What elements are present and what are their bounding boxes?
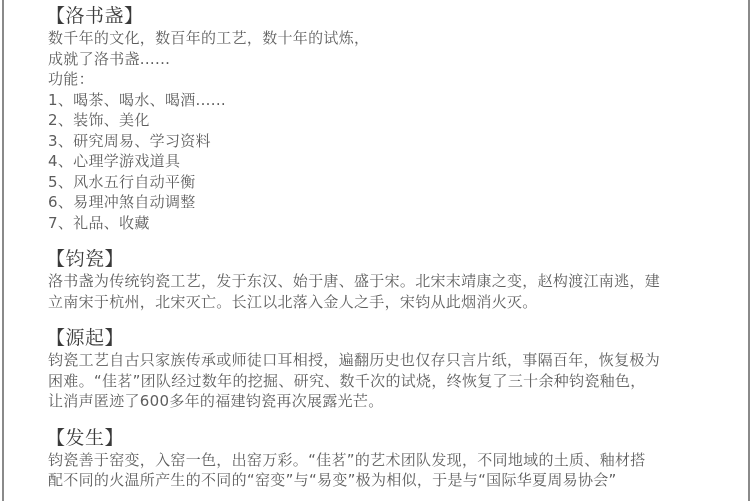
text-line: 让消声匿迹了600多年的福建钧瓷再次展露光芒。: [48, 391, 708, 412]
text-line: 立南宋于杭州，北宋灭亡。长江以北落入金人之手，宋钧从此烟消火灭。: [48, 292, 708, 313]
text-line: 成就了洛书盏......: [48, 49, 708, 70]
document-content: 【洛书盏】 数千年的文化，数百年的工艺，数十年的试炼， 成就了洛书盏......…: [48, 4, 708, 501]
text-line: 数千年的文化，数百年的工艺，数十年的试炼，: [48, 28, 708, 49]
section-heading: 【发生】: [46, 426, 708, 450]
section-junci: 【钧瓷】 洛书盏为传统钧瓷工艺，发于东汉、始于唐、盛于宋。北宋末靖康之变，赵构渡…: [48, 247, 708, 312]
section-heading: 【洛书盏】: [46, 4, 708, 28]
text-line: 洛书盏为传统钧瓷工艺，发于东汉、始于唐、盛于宋。北宋末靖康之变，赵构渡江南逃，建: [48, 271, 708, 292]
section-luoshuzhan: 【洛书盏】 数千年的文化，数百年的工艺，数十年的试炼， 成就了洛书盏......…: [48, 4, 708, 233]
text-line: 钧瓷善于窑变，入窑一色，出窑万彩。“佳茗”的艺术团队发现，不同地域的土质、釉材搭: [48, 450, 708, 471]
text-line: 钧瓷工艺自古只家族传承或师徒口耳相授，遍翻历史也仅存只言片纸，事隔百年，恢复极为: [48, 350, 708, 371]
feature-item: 6、易理冲煞自动调整: [48, 192, 708, 213]
text-line: 配不同的火温所产生的不同的“窑变”与“易变”极为相似，于是与“国际华夏周易协会”: [48, 470, 708, 491]
section-yuanqi: 【源起】 钧瓷工艺自古只家族传承或师徒口耳相授，遍翻历史也仅存只言片纸，事隔百年…: [48, 326, 708, 412]
feature-item: 2、装饰、美化: [48, 110, 708, 131]
section-heading: 【源起】: [46, 326, 708, 350]
feature-item: 5、风水五行自动平衡: [48, 172, 708, 193]
features-label: 功能：: [48, 69, 708, 90]
text-line: 困难。“佳茗”团队经过数年的挖掘、研究、数千次的试烧，终恢复了三十余种钧瓷釉色，: [48, 371, 708, 392]
feature-item: 3、研究周易、学习资料: [48, 131, 708, 152]
feature-item: 1、喝茶、喝水、喝酒......: [48, 90, 708, 111]
feature-item: 4、心理学游戏道具: [48, 151, 708, 172]
section-fasheng: 【发生】 钧瓷善于窑变，入窑一色，出窑万彩。“佳茗”的艺术团队发现，不同地域的土…: [48, 426, 708, 491]
feature-item: 7、礼品、收藏: [48, 213, 708, 234]
section-heading: 【钧瓷】: [46, 247, 708, 271]
